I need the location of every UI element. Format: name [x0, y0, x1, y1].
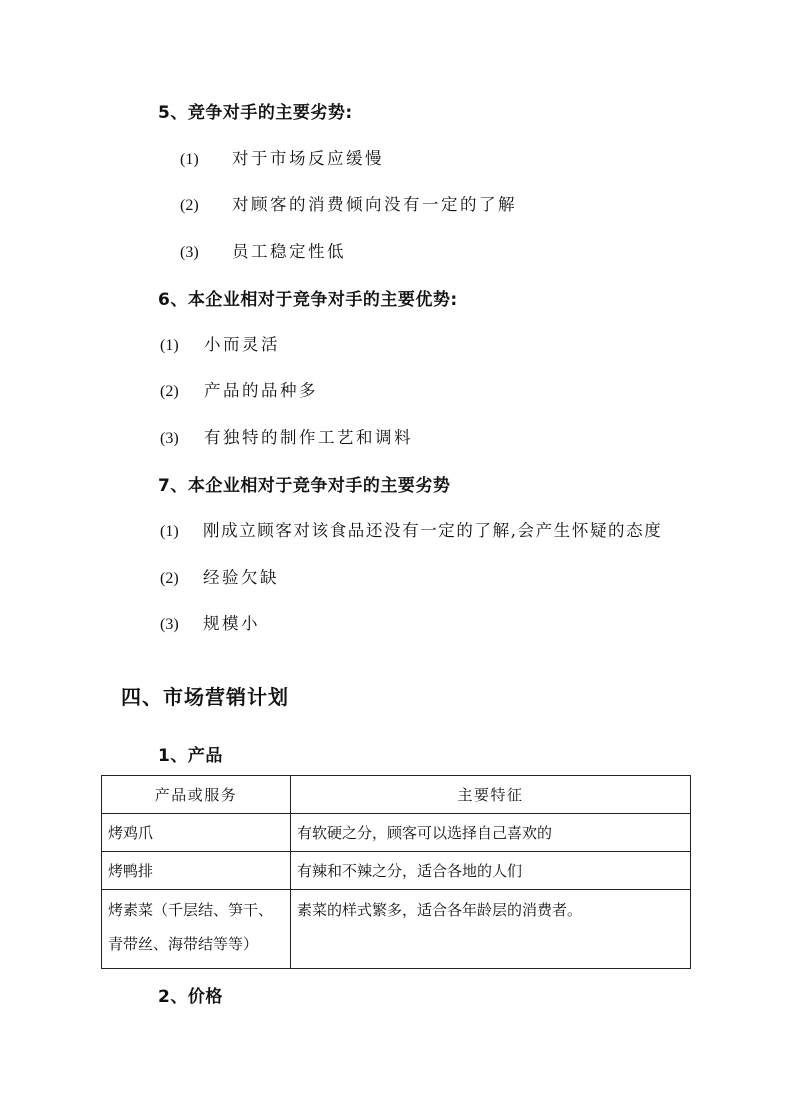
- list-number: (3): [160, 430, 204, 448]
- section-6-heading: 6、本企业相对于竞争对手的主要优势:: [158, 285, 458, 310]
- list-item: (3)有独特的制作工艺和调料: [160, 424, 413, 448]
- list-number: (3): [180, 244, 232, 262]
- list-item: (2)对顾客的消费倾向没有一定的了解: [180, 191, 517, 215]
- list-number: (2): [160, 570, 203, 588]
- list-item: (2)经验欠缺: [160, 564, 279, 588]
- table-header-feature: 主要特征: [291, 776, 691, 814]
- list-number: (3): [160, 616, 203, 634]
- list-number: (1): [160, 337, 204, 355]
- table-cell-feature: 有软硬之分，顾客可以选择自己喜欢的: [291, 814, 691, 852]
- list-text: 小而灵活: [204, 335, 280, 354]
- section-7-heading: 7、本企业相对于竞争对手的主要劣势: [158, 471, 450, 496]
- list-text: 规模小: [203, 614, 260, 633]
- table-cell-product: 烤素菜（千层结、笋干、 青带丝、海带结等等）: [102, 890, 291, 969]
- table-row: 烤鸭排 有辣和不辣之分，适合各地的人们: [102, 852, 691, 890]
- list-item: (2)产品的品种多: [160, 377, 318, 401]
- list-item: (1)对于市场反应缓慢: [180, 145, 384, 169]
- list-number: (2): [180, 197, 232, 215]
- product-line-1: 烤素菜（千层结、笋干、: [108, 893, 284, 927]
- table-cell-product: 烤鸡爪: [102, 814, 291, 852]
- table-cell-product: 烤鸭排: [102, 852, 291, 890]
- list-item: (3)员工稳定性低: [180, 238, 346, 262]
- section-5-heading: 5、竞争对手的主要劣势:: [158, 98, 353, 123]
- product-line-2: 青带丝、海带结等等）: [108, 927, 284, 961]
- subsection-price-heading: 2、价格: [158, 982, 223, 1007]
- list-item: (1)刚成立顾客对该食品还没有一定的了解,会产生怀疑的态度: [160, 517, 662, 541]
- table-row: 烤鸡爪 有软硬之分，顾客可以选择自己喜欢的: [102, 814, 691, 852]
- list-text: 有独特的制作工艺和调料: [204, 428, 413, 447]
- table-row: 烤素菜（千层结、笋干、 青带丝、海带结等等） 素菜的样式繁多，适合各年龄层的消费…: [102, 890, 691, 969]
- table-cell-feature: 有辣和不辣之分，适合各地的人们: [291, 852, 691, 890]
- list-text: 员工稳定性低: [232, 242, 346, 261]
- table-header-product: 产品或服务: [102, 776, 291, 814]
- list-text: 刚成立顾客对该食品还没有一定的了解,会产生怀疑的态度: [203, 521, 662, 540]
- list-item: (3)规模小: [160, 610, 260, 634]
- list-text: 产品的品种多: [204, 381, 318, 400]
- subsection-product-heading: 1、产品: [158, 741, 223, 766]
- list-number: (1): [180, 151, 232, 169]
- list-number: (1): [160, 523, 203, 541]
- list-number: (2): [160, 383, 204, 401]
- product-table: 产品或服务 主要特征 烤鸡爪 有软硬之分，顾客可以选择自己喜欢的 烤鸭排 有辣和…: [101, 775, 691, 969]
- table-header-row: 产品或服务 主要特征: [102, 776, 691, 814]
- list-text: 对顾客的消费倾向没有一定的了解: [232, 195, 517, 214]
- list-text: 经验欠缺: [203, 568, 279, 587]
- table-cell-feature: 素菜的样式繁多，适合各年龄层的消费者。: [291, 890, 691, 969]
- list-text: 对于市场反应缓慢: [232, 149, 384, 168]
- list-item: (1)小而灵活: [160, 331, 280, 355]
- chapter-4-heading: 四、市场营销计划: [121, 681, 289, 710]
